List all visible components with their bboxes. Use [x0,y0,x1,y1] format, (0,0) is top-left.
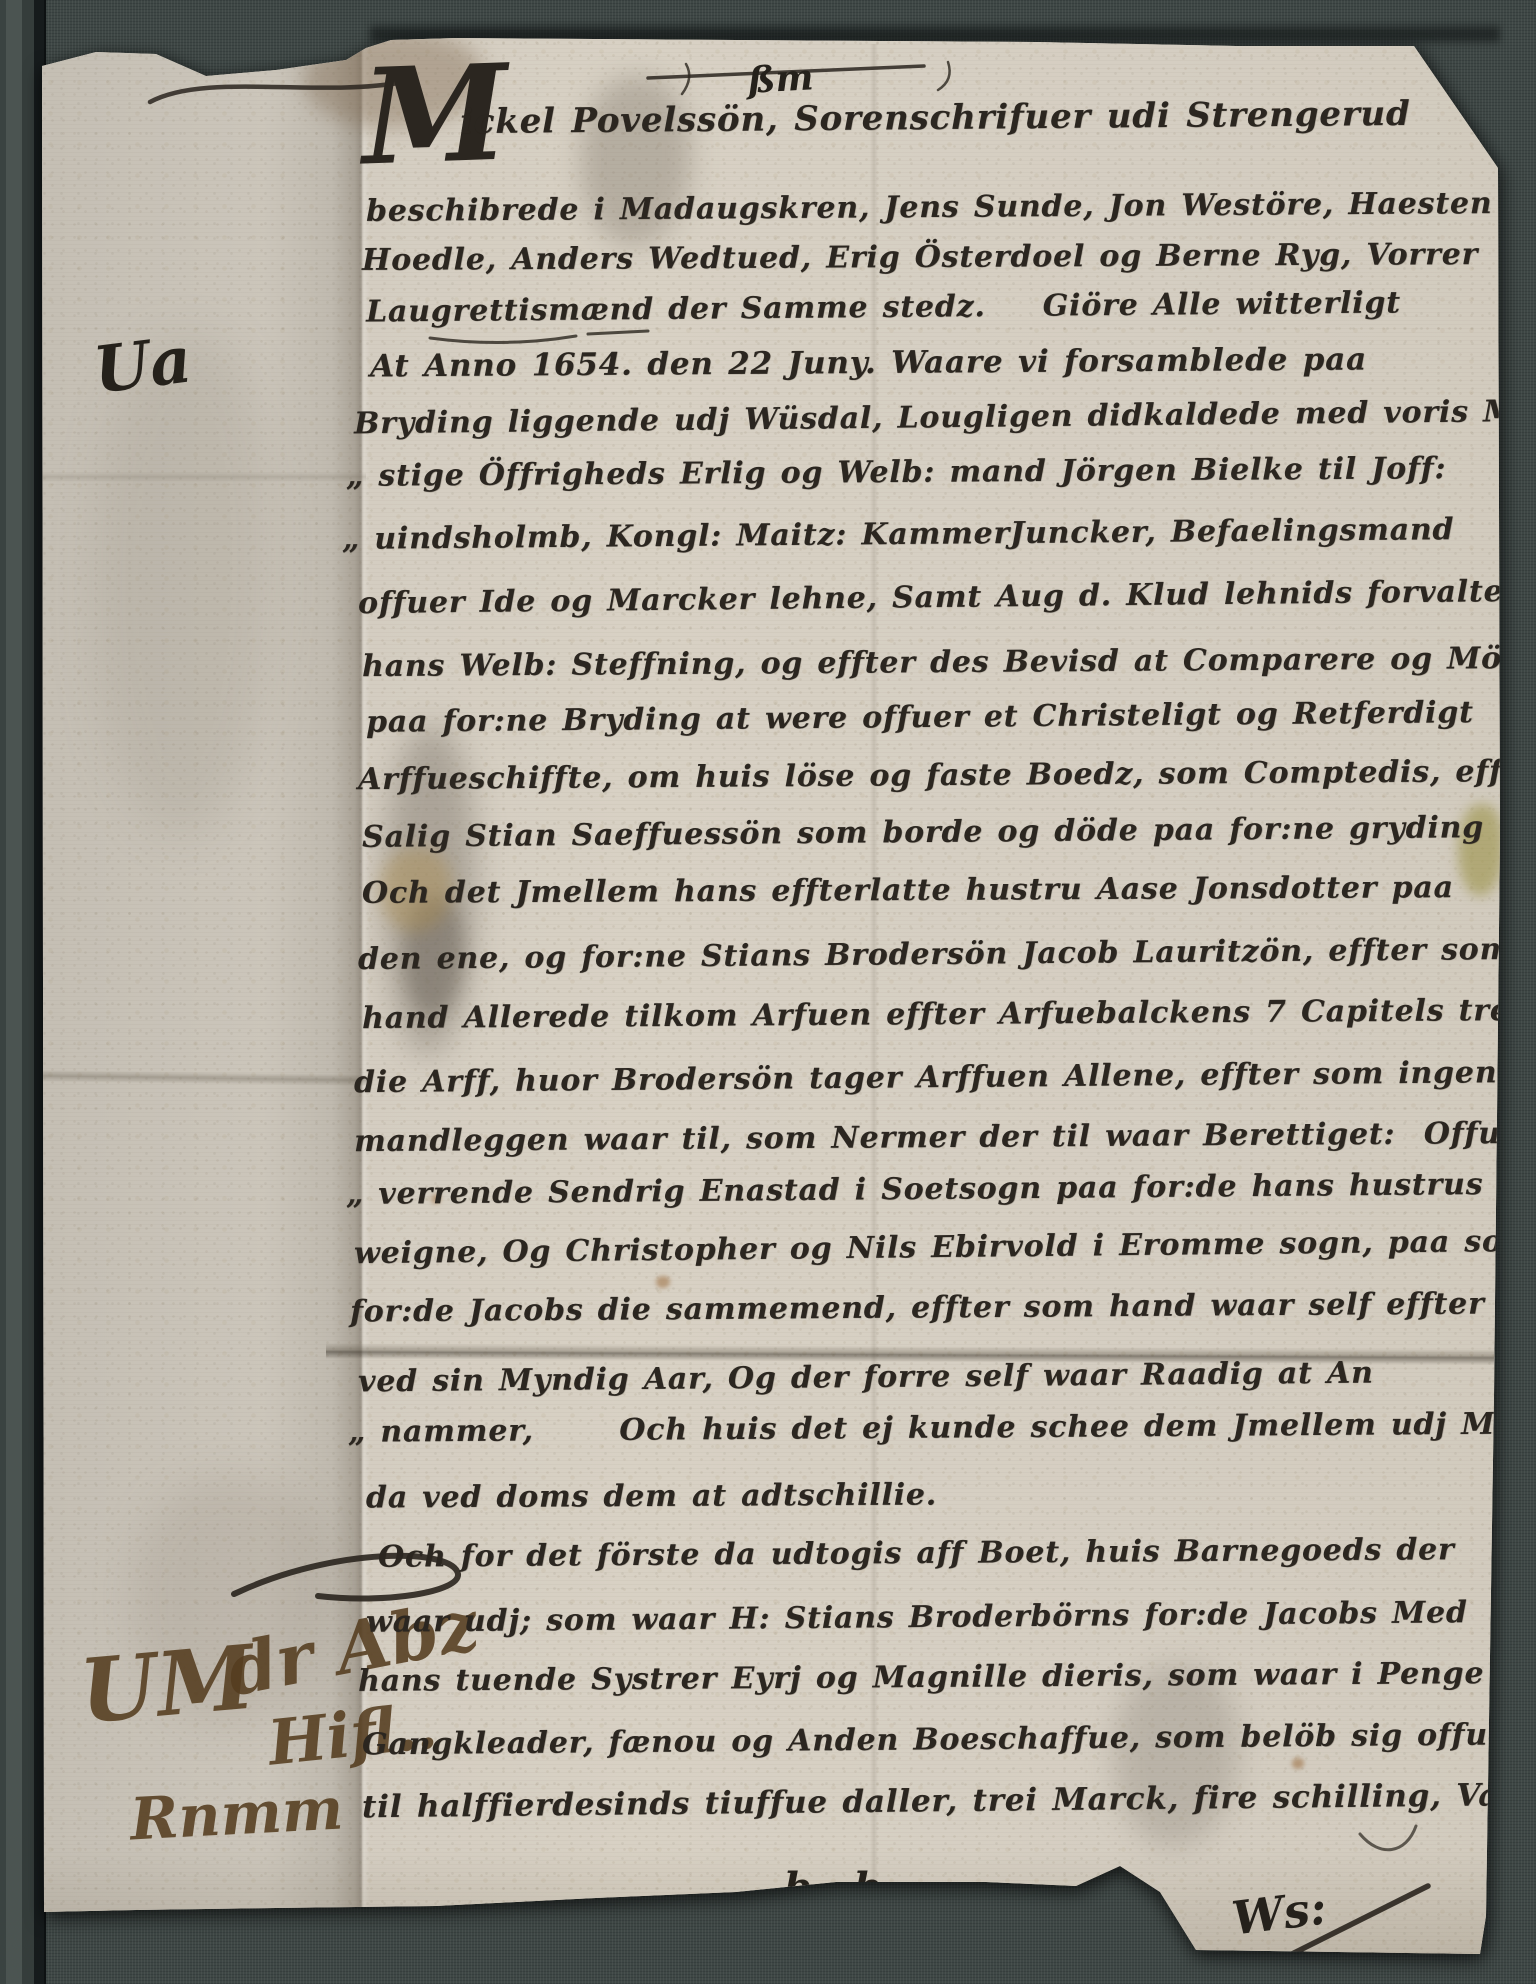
header-mark: ßm [747,56,815,101]
catchwords: b b [784,1864,882,1911]
overline-22 [588,331,648,334]
archive-photo: { "document": { "header_mark": "ßm", "in… [0,0,1536,1984]
manuscript-line-14: Och det Jmellem hans effterlatte hustru … [362,870,1454,911]
manuscript-line-5: At Anno 1654. den 22 Juny. Waare vi fors… [370,342,1367,385]
header-curl-left [682,64,689,94]
underline-laugrettismaend [430,336,576,343]
header-curl-right [938,62,950,90]
manuscript-line-1: ickel Povelssön, Sorenschrifuer udi Stre… [460,94,1411,142]
left-page-mark: Ua [90,322,196,408]
manuscript-page: M ßm Ua b b Ws: UM dr Abz Hifl‥ Rnmm ick… [36,36,1500,1956]
binding-spine [0,0,46,1984]
manuscript-line-3: Hoedle, Anders Wedtued, Erig Österdoel o… [362,237,1478,278]
scribble-initials-4: Rnmm [128,1774,344,1853]
bottom-right-swash [1360,1826,1416,1850]
bottom-right-mark: Ws: [1229,1880,1329,1945]
manuscript-line-24: da ved doms dem at adtschillie. [366,1478,937,1516]
